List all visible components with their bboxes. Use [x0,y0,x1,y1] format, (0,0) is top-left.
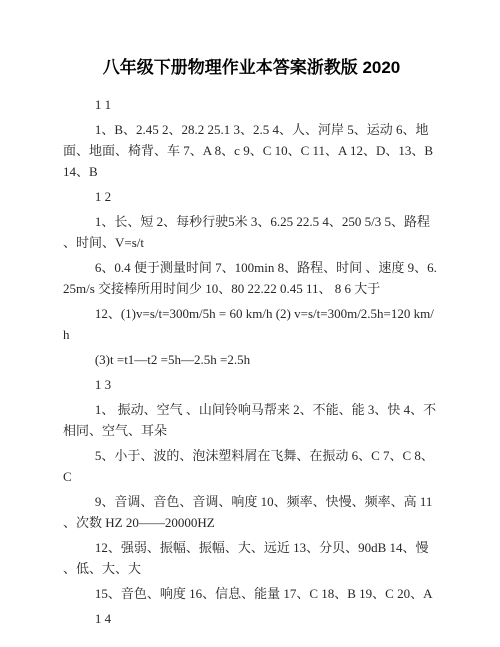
section-heading-1-3: 1 3 [63,374,440,395]
answers-paragraph: (3)t =t1—t2 =5h—2.5h =2.5h [63,349,440,370]
answers-paragraph: 1、长、短 2、每秒行驶5米 3、6.25 22.5 4、250 5/3 5、路… [63,211,440,253]
answers-paragraph: 1、B、2.45 2、28.2 25.1 3、2.5 4、人、河岸 5、运动 6… [63,119,440,182]
answers-paragraph: 12、(1)v=s/t=300m/5h = 60 km/h (2) v=s/t=… [63,303,440,345]
answers-paragraph: 5、小于、波的、泡沫塑料屑在飞舞、在振动 6、C 7、C 8、C [63,445,440,487]
answers-paragraph: 9、音调、音色、音调、响度 10、频率、快慢、频率、高 11、次数 HZ 20—… [63,491,440,533]
answers-paragraph: 12、强弱、振幅、振幅、大、远近 13、分贝、90dB 14、慢、低、大、大 [63,537,440,579]
document-page: 八年级下册物理作业本答案浙教版 2020 1 1 1、B、2.45 2、28.2… [0,0,500,647]
section-heading-1-1: 1 1 [63,94,440,115]
answers-paragraph: 15、音色、响度 16、信息、能量 17、C 18、B 19、C 20、A [63,583,440,604]
section-heading-1-2: 1 2 [63,186,440,207]
document-title: 八年级下册物理作业本答案浙教版 2020 [63,58,440,78]
answers-paragraph: 1、 振动、空气 、山间铃响马帮来 2、不能、能 3、快 4、不相同、空气、耳朵 [63,399,440,441]
section-heading-1-4: 1 4 [63,608,440,629]
answers-paragraph: 6、0.4 便于测量时间 7、100min 8、路程、时间 、速度 9、6.25… [63,257,440,299]
